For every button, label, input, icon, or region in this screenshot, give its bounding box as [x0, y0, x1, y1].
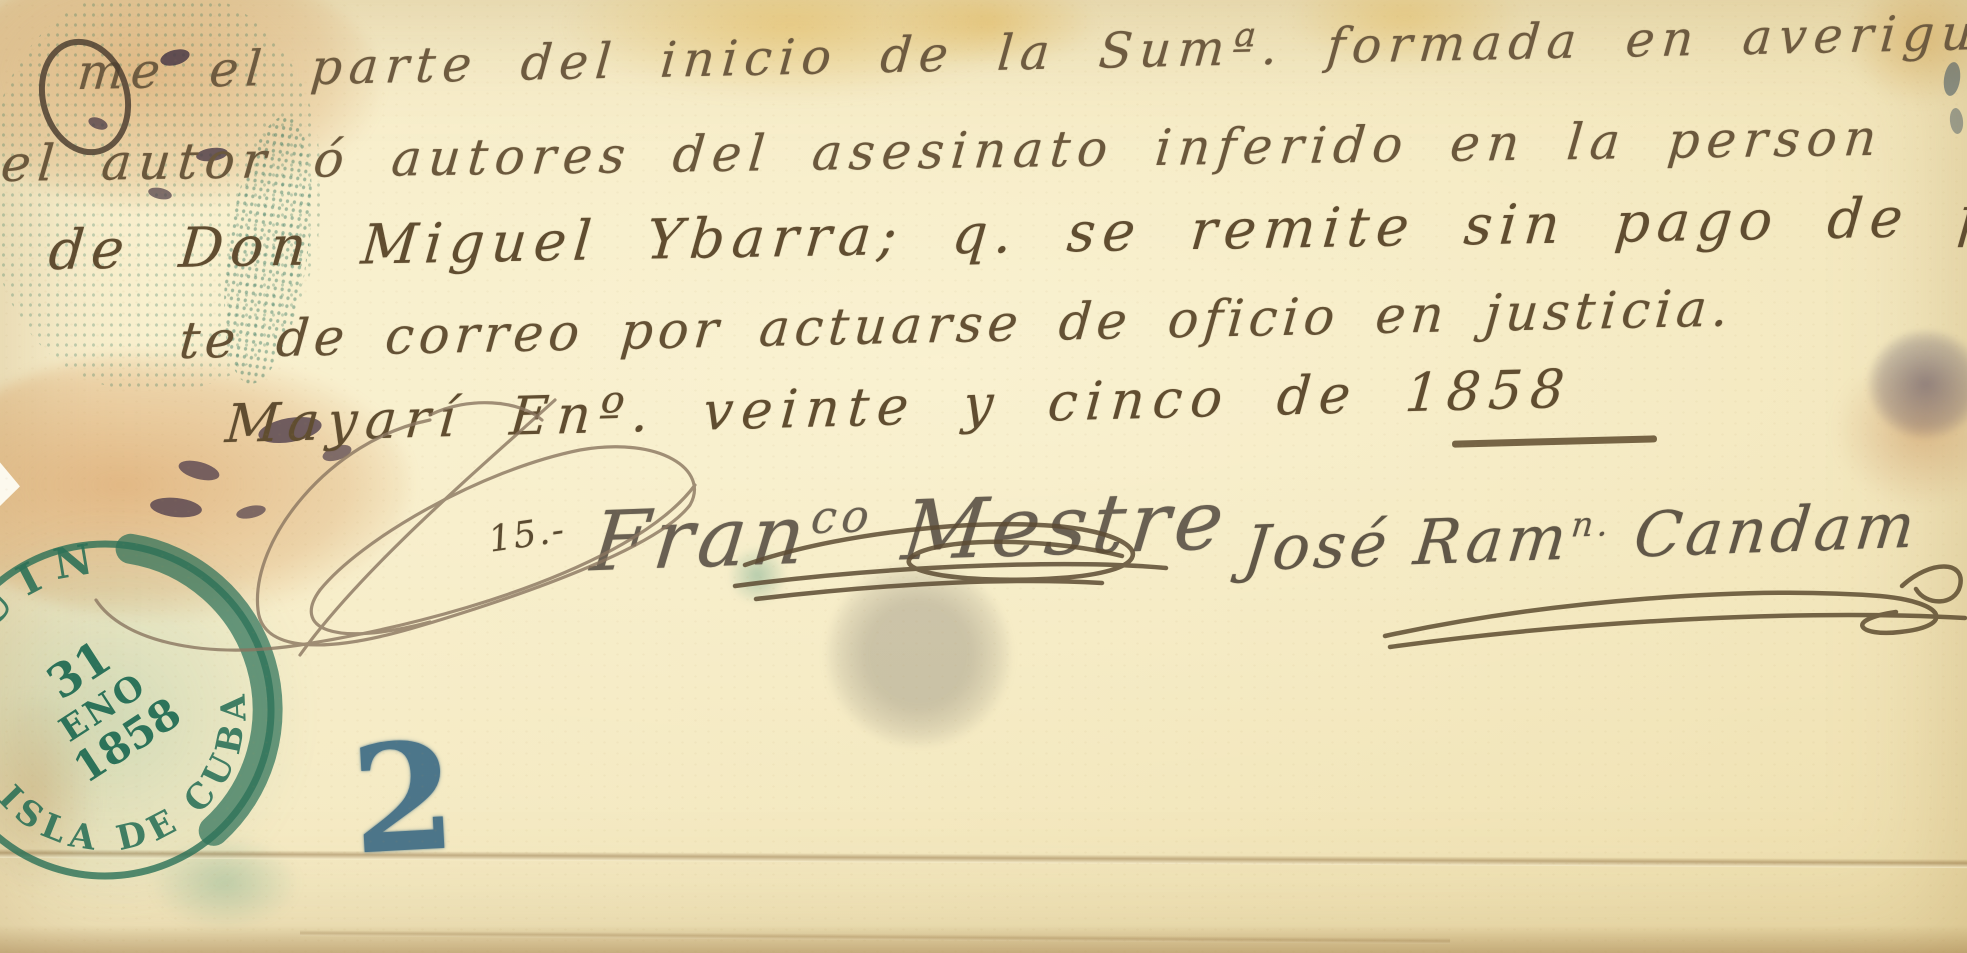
handwriting-line-1: me el parte del inicio de la Sumª. forma…: [75, 3, 1967, 101]
dateline-dash: [1452, 435, 1657, 447]
signature-francisco-mestre: Franco Mestre: [587, 473, 1233, 591]
ink-speck: [87, 115, 110, 132]
blot-grey-bottom-center: [826, 562, 1011, 747]
ink-speck: [177, 457, 222, 484]
ink-speck-right-edge: [1942, 61, 1963, 97]
signature-candamo-pre: José Ram: [1240, 501, 1574, 586]
handwriting-line-5: Mayarí Enº. veinte y cinco de 1858: [223, 359, 1574, 455]
ink-speck-right-edge: [1949, 107, 1965, 134]
manuscript-document: UIN ISLA DE CUBA 31 ENO 1858 2 me el par…: [0, 0, 1967, 953]
handwriting-line-3: de Don Miguel Ybarra; q. se remite sin p…: [46, 183, 1967, 282]
postmark-town-text: UIN: [0, 518, 123, 646]
postmark-datestamp: UIN ISLA DE CUBA 31 ENO 1858: [0, 510, 305, 910]
bottom-edge-shadow: [0, 925, 1967, 953]
svg-text:UIN: UIN: [0, 518, 123, 646]
rate-note: 15.-: [486, 509, 568, 560]
signature-jose-ramon-candamo: José Ramn. Candam: [1240, 488, 1922, 585]
tax-mark-2: 2: [348, 721, 459, 874]
signature-mestre-name: Mestre: [867, 473, 1233, 581]
signature-mestre-pre: Fran: [587, 487, 815, 590]
signature-candamo-name: Candam: [1607, 488, 1922, 572]
blot-purple-right-edge: [1868, 330, 1967, 438]
paper-tear-notch: [0, 460, 20, 508]
handwriting-line-2: el autor ó autores del asesinato inferid…: [0, 109, 1886, 193]
handwriting-line-4: te de correo por actuarse de oficio en j…: [177, 279, 1735, 371]
signature-candamo-sup: n.: [1569, 504, 1614, 546]
candamo-flourish: [1385, 567, 1965, 648]
stain-purple-right-edge: [1835, 355, 1967, 505]
signature-mestre-sup: co: [809, 489, 877, 544]
